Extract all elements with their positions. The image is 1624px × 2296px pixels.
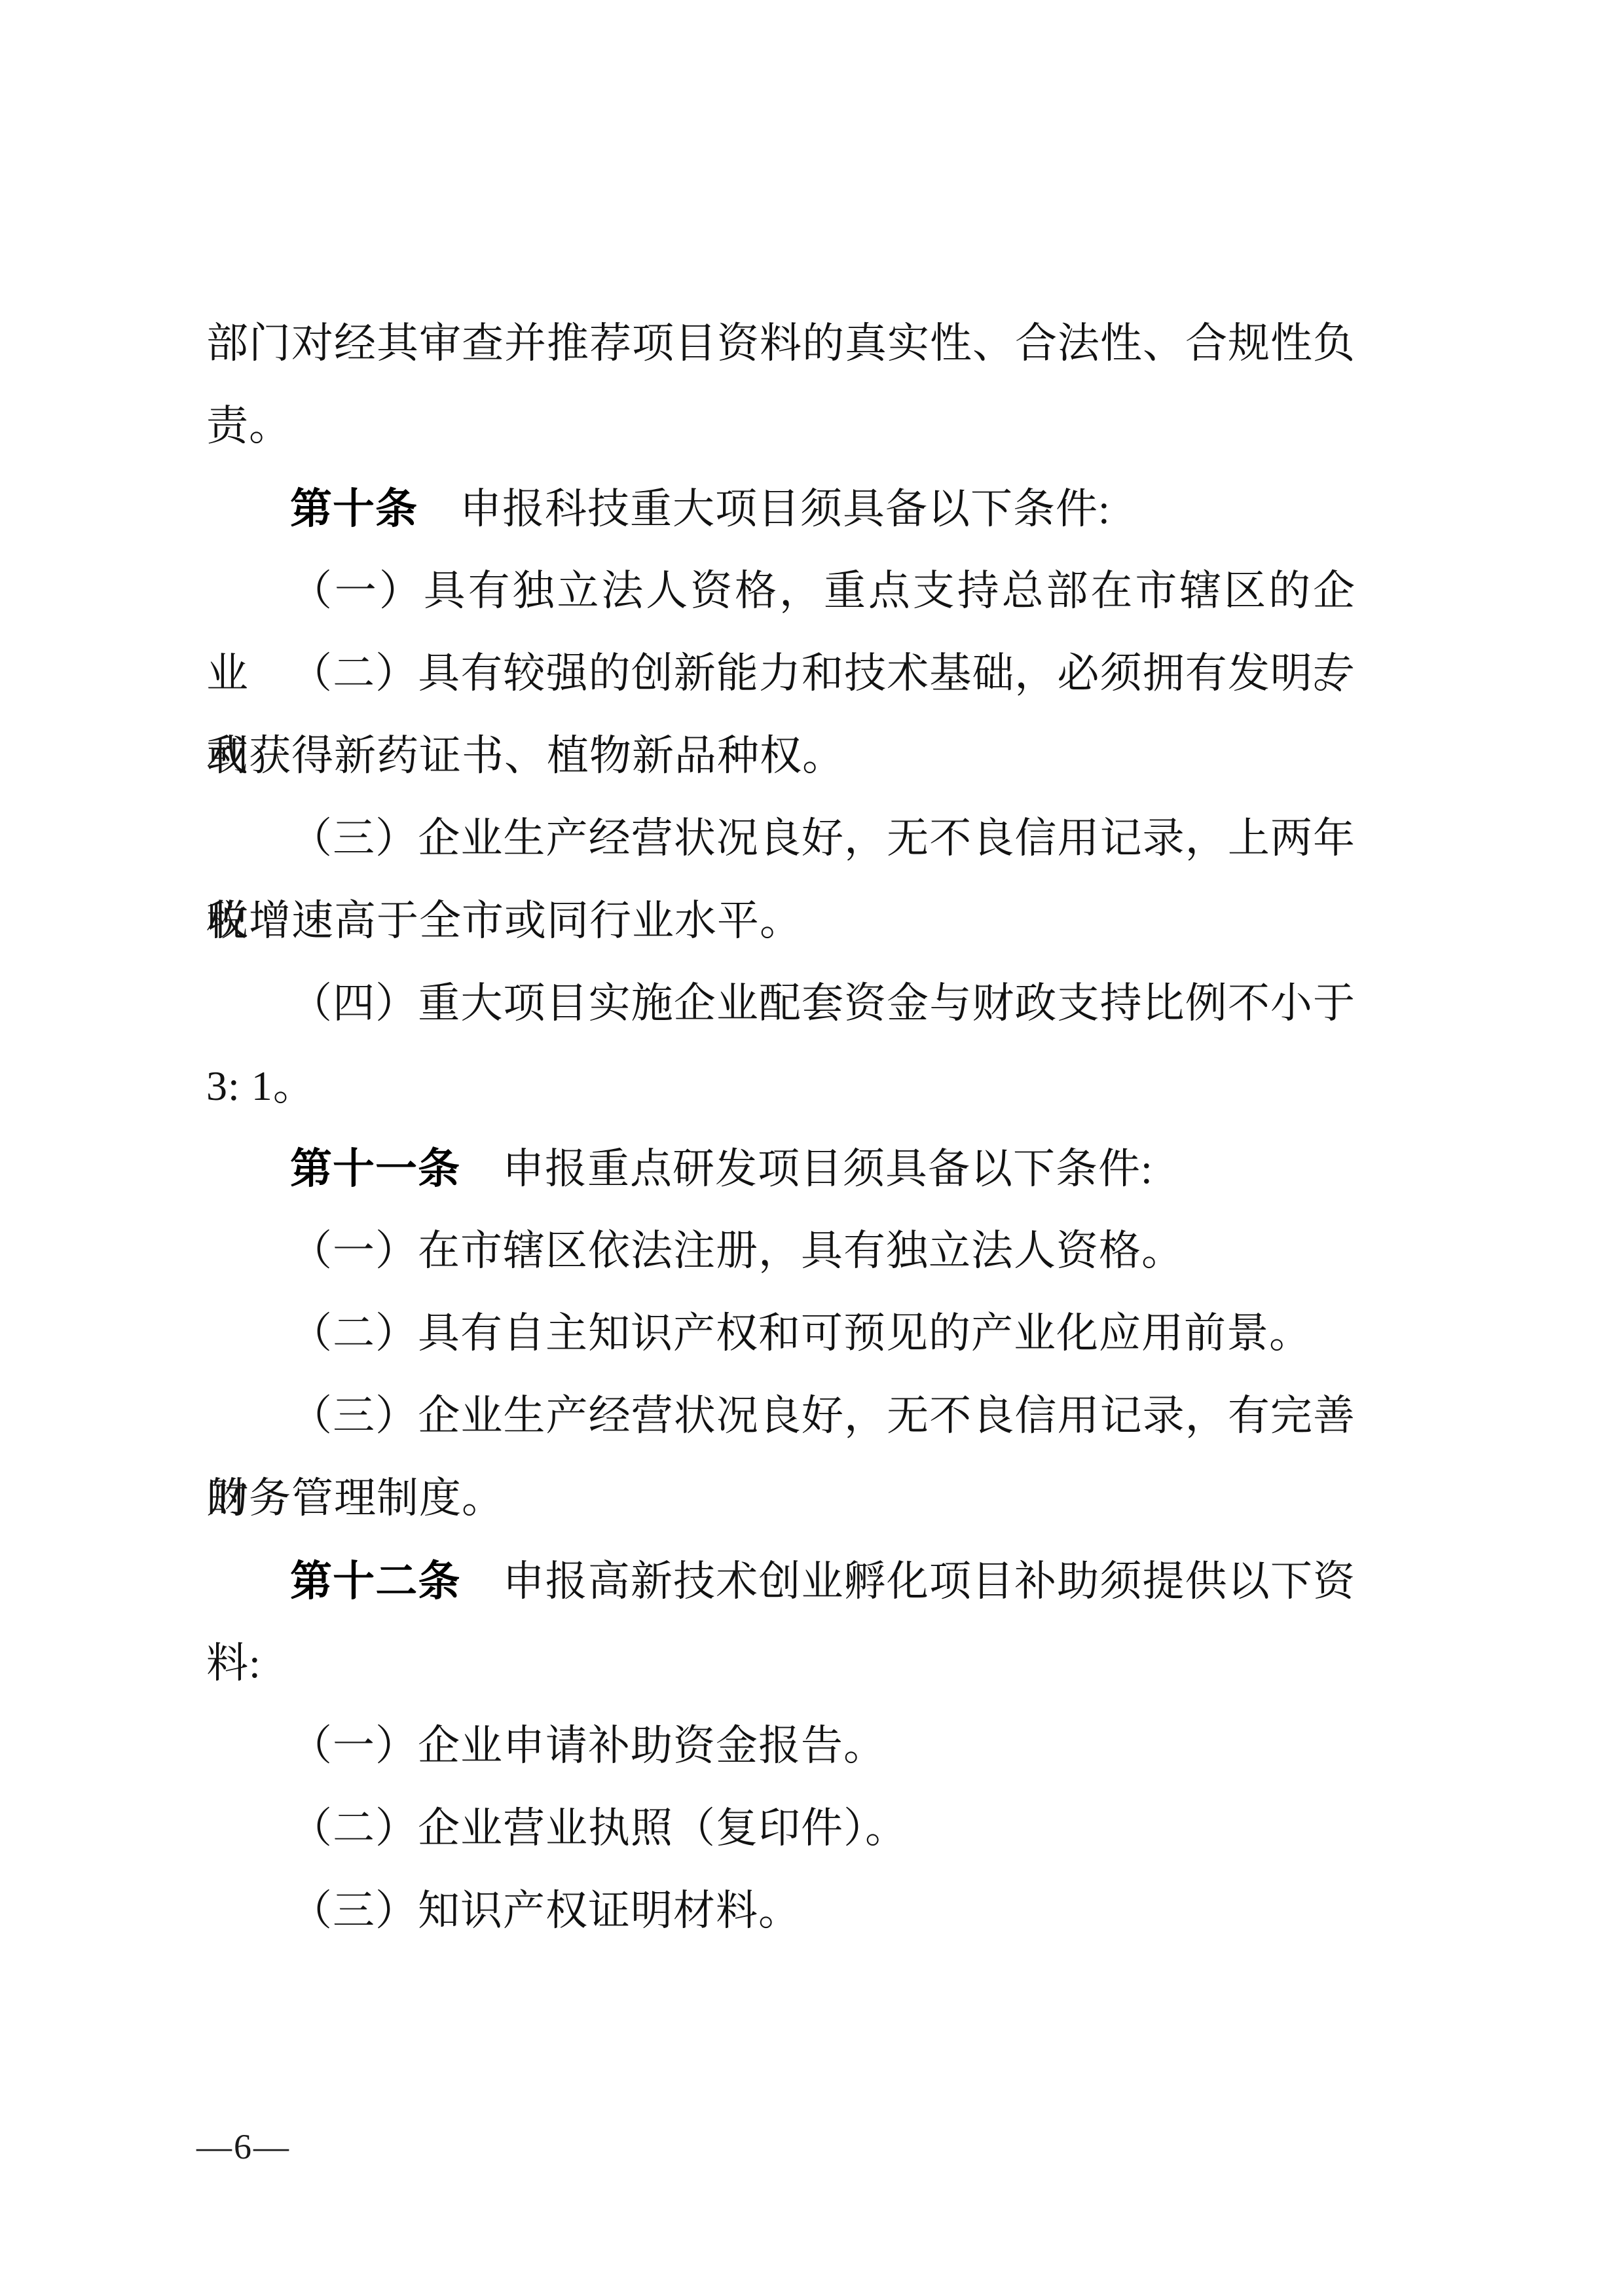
article-10-number: 第十条 xyxy=(290,485,418,532)
clause-line: （三）知识产权证明材料。 xyxy=(206,1870,1356,1952)
text-line: 料: xyxy=(206,1622,1356,1705)
article-10-title: 申报科技重大项目须具备以下条件: xyxy=(460,486,1111,532)
article-12-number: 第十二条 xyxy=(290,1558,461,1605)
clause-line: （一）具有独立法人资格，重点支持总部在市辖区的企业。 xyxy=(206,550,1356,632)
article-10-heading: 第十条申报科技重大项目须具备以下条件: xyxy=(206,467,1356,550)
text-line: 财务管理制度。 xyxy=(206,1457,1356,1540)
clause-line: （三）企业生产经营状况良好，无不良信用记录，有完善的 xyxy=(206,1375,1356,1457)
document-page: 部门对经其审查并推荐项目资料的真实性、合法性、合规性负 责。 第十条申报科技重大… xyxy=(0,0,1624,2296)
clause-line: （二）具有较强的创新能力和技术基础，必须拥有发明专利 xyxy=(206,632,1356,715)
document-body: 部门对经其审查并推荐项目资料的真实性、合法性、合规性负 责。 第十条申报科技重大… xyxy=(206,302,1356,1952)
text-line: 收增速高于全市或同行业水平。 xyxy=(206,880,1356,962)
clause-line: （四）重大项目实施企业配套资金与财政支持比例不小于 xyxy=(206,962,1356,1045)
clause-line: （一）企业申请补助资金报告。 xyxy=(206,1705,1356,1787)
text-line: 或获得新药证书、植物新品种权。 xyxy=(206,715,1356,797)
text-line: 3: 1。 xyxy=(206,1045,1356,1127)
clause-line: （二）企业营业执照（复印件）。 xyxy=(206,1787,1356,1870)
article-11-heading: 第十一条申报重点研发项目须具备以下条件: xyxy=(206,1127,1356,1210)
page-number: —6— xyxy=(196,2126,291,2167)
clause-line: （三）企业生产经营状况良好，无不良信用记录，上两年税 xyxy=(206,797,1356,880)
text-line: 责。 xyxy=(206,385,1356,467)
clause-line: （一）在市辖区依法注册，具有独立法人资格。 xyxy=(206,1210,1356,1292)
article-11-number: 第十一条 xyxy=(290,1145,460,1192)
clause-line: （二）具有自主知识产权和可预见的产业化应用前景。 xyxy=(206,1292,1356,1375)
article-11-title: 申报重点研发项目须具备以下条件: xyxy=(502,1146,1153,1192)
article-12-heading: 第十二条申报高新技术创业孵化项目补助须提供以下资 xyxy=(206,1540,1356,1622)
text-line: 部门对经其审查并推荐项目资料的真实性、合法性、合规性负 xyxy=(206,302,1356,385)
article-12-title: 申报高新技术创业孵化项目补助须提供以下资 xyxy=(503,1558,1356,1605)
